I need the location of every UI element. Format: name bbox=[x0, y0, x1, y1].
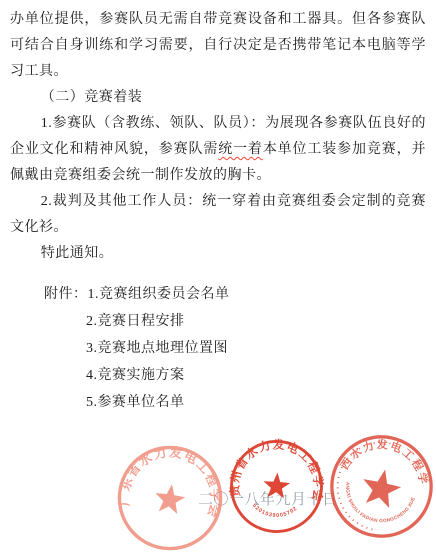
team-dress-text-wavy-underlined: 统一着 bbox=[218, 142, 263, 157]
svg-text:GUANGXI SHUILI FADIAN GONGCHEN: GUANGXI SHUILI FADIAN GONGCHENG XUEHUI bbox=[320, 424, 429, 531]
attachments-list: 附件：1.竞赛组织委员会名单 2.竞赛日程安排 3.竞赛地点地理位置图 4.竞赛… bbox=[10, 281, 426, 416]
seal-graphic: 贵州省水力发电工程学会 5201039005702 bbox=[224, 434, 330, 540]
document-page: 办单位提供，参赛队员无需自带竞赛设备和工器具。但各参赛队可结合自身训练和学习需要… bbox=[0, 0, 436, 555]
attachment-item-text: 1.竞赛组织委员会名单 bbox=[88, 287, 230, 302]
attachment-item: 2.竞赛日程安排 bbox=[10, 308, 426, 335]
seal-pinyin-text: GUANGXI SHUILI FADIAN GONGCHENG XUEHUI bbox=[320, 424, 429, 531]
seal-serial-number: 5201039005702 bbox=[250, 502, 299, 520]
paragraph-referee-dress: 2.裁判及其他工作人员：统一穿着由竞赛组委会定制的竞赛文化衫。 bbox=[10, 189, 426, 241]
attachment-item: 3.竞赛地点地理位置图 bbox=[10, 335, 426, 362]
attachments-label: 附件： bbox=[44, 287, 88, 302]
paragraph-notice: 特此通知。 bbox=[10, 241, 426, 267]
attachment-item: 5.参赛单位名单 bbox=[10, 389, 426, 416]
star-icon bbox=[262, 472, 290, 499]
seal-graphic: 广东省水力发电工程学会 bbox=[109, 437, 231, 555]
official-seal-guangxi: 广西水力发电工程学会 GUANGXI SHUILI FADIAN GONGCHE… bbox=[319, 424, 436, 549]
attachment-item: 4.竞赛实施方案 bbox=[10, 362, 426, 389]
official-seal-guangdong: 广东省水力发电工程学会 bbox=[109, 437, 231, 555]
section-heading-dress-code: （二）竞赛着装 bbox=[10, 85, 426, 111]
attachment-item: 附件：1.竞赛组织委员会名单 bbox=[10, 281, 426, 308]
star-icon bbox=[153, 482, 187, 515]
svg-text:贵州省水力发电工程学会: 贵州省水力发电工程学会 bbox=[226, 434, 329, 504]
document-body: 办单位提供，参赛队员无需自带竞赛设备和工器具。但各参赛队可结合自身训练和学习需要… bbox=[0, 0, 436, 416]
star-icon bbox=[359, 465, 404, 509]
seal-graphic: 广西水力发电工程学会 GUANGXI SHUILI FADIAN GONGCHE… bbox=[319, 424, 436, 549]
seal-organization-text: 贵州省水力发电工程学会 bbox=[226, 434, 329, 504]
svg-text:5201039005702: 5201039005702 bbox=[250, 502, 299, 520]
paragraph-equipment-continuation: 办单位提供，参赛队员无需自带竞赛设备和工器具。但各参赛队可结合自身训练和学习需要… bbox=[10, 7, 426, 85]
official-seal-guizhou: 贵州省水力发电工程学会 5201039005702 bbox=[224, 434, 330, 540]
paragraph-team-dress: 1.参赛队（含教练、领队、队员）：为展现各参赛队伍良好的企业文化和精神风貌，参赛… bbox=[10, 111, 426, 189]
